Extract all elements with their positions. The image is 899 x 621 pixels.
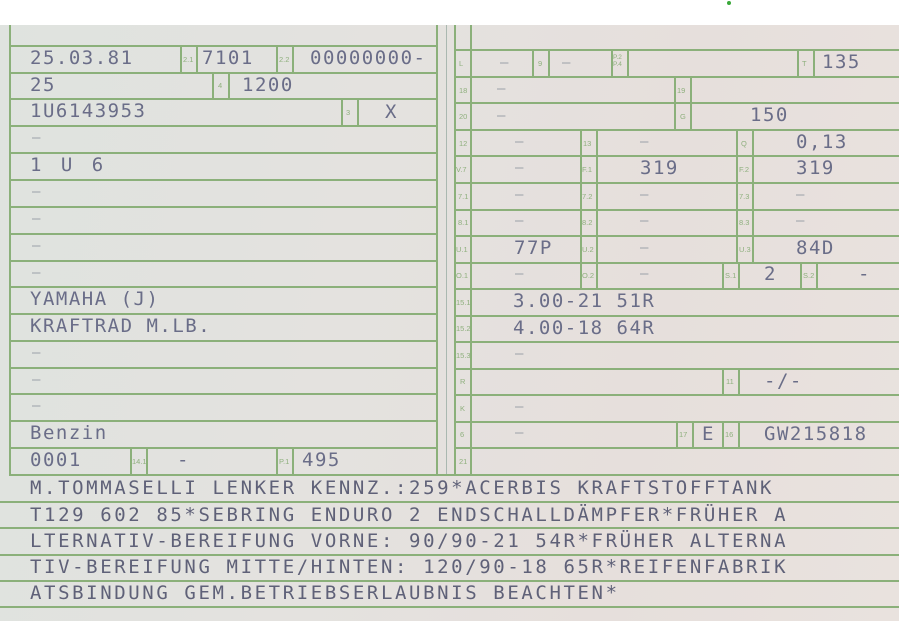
field-label-p-2-p-4: P.2 P.4: [613, 55, 622, 68]
field-label-r: R: [460, 378, 465, 386]
field-13-value: –: [640, 135, 650, 149]
field-label-13: 13: [583, 140, 591, 148]
left-row-4-value: –: [32, 131, 42, 145]
grid-line: [454, 182, 899, 184]
grid-line: [357, 98, 359, 126]
remarks-line-5: ATSBINDUNG GEM.BETRIEBSERLAUBNIS BEACHTE…: [30, 584, 620, 603]
field-3-check-digit: X: [385, 103, 398, 122]
field-label-o-1: O.1: [456, 272, 468, 280]
field-label-v-7: V.7: [456, 166, 467, 174]
field-label-19: 19: [677, 87, 685, 95]
field-20-value: –: [497, 109, 507, 123]
grid-line: [627, 49, 629, 77]
left-row-8-value: –: [32, 239, 42, 253]
left-row-2-value: 25: [30, 76, 56, 95]
grid-line: [532, 49, 534, 77]
grid-line: [9, 260, 438, 262]
field-label-20: 20: [459, 113, 467, 121]
grid-line: [212, 72, 214, 99]
left-row-13-value: –: [32, 373, 42, 387]
field-label-2-1: 2.1: [183, 56, 193, 64]
type-variant: 1 U 6: [30, 156, 107, 175]
field-label-7-1: 7.1: [458, 193, 468, 201]
field-4-value: 1200: [242, 76, 294, 95]
field-label-l: L: [459, 60, 463, 68]
seats-value: 2: [764, 265, 777, 284]
left-row-14-value: –: [32, 399, 42, 413]
field-17-value: E: [702, 425, 715, 444]
field-f-2-value: 319: [796, 159, 835, 178]
grid-line: [9, 233, 438, 235]
field-18-value: –: [497, 82, 507, 96]
displacement-value: 495: [302, 451, 341, 470]
field-o-1-value: –: [515, 267, 525, 281]
field-label-3: 3: [346, 109, 350, 117]
field-label-s-1: S.1: [725, 272, 736, 280]
grid-line: [738, 368, 740, 395]
grid-line: [9, 179, 438, 181]
field-label-9: 9: [538, 60, 542, 68]
field-8-2-value: –: [640, 214, 650, 228]
remarks-line-4: TIV-BEREIFUNG MITTE/HINTEN: 120/90-18 65…: [30, 558, 788, 577]
field-s-2-value: -: [858, 265, 871, 284]
grid-line: [454, 209, 899, 211]
field-label-t: T: [802, 60, 807, 68]
field-label-q: Q: [741, 140, 747, 148]
field-f-1-value: 319: [640, 159, 679, 178]
emission-code: 0001: [30, 451, 82, 470]
grid-line: [180, 45, 182, 73]
remarks-line-2: T129 602 85*SEBRING ENDURO 2 ENDSCHALLDÄ…: [30, 506, 788, 525]
field-label-g: G: [680, 113, 686, 121]
field-label-8-3: 8.3: [739, 219, 749, 227]
field-14-1-value: -: [177, 451, 190, 470]
grid-line: [0, 527, 899, 529]
grid-line: [816, 262, 818, 289]
grid-line: [292, 447, 294, 475]
field-label-15-1: 15.1: [456, 299, 471, 307]
field-8-3-value: –: [796, 214, 806, 228]
grid-line: [580, 129, 582, 289]
field-label-11: 11: [726, 378, 734, 386]
grid-line: [692, 421, 694, 448]
vehicle-class: KRAFTRAD M.LB.: [30, 317, 211, 336]
grid-line: [813, 49, 815, 77]
grid-line: [738, 262, 740, 289]
grid-line: [276, 447, 278, 475]
grid-line: [9, 72, 438, 74]
grid-line: [722, 368, 724, 395]
grid-line: [454, 102, 899, 104]
field-6-value: –: [515, 426, 525, 440]
field-label-2-2: 2.2: [279, 56, 289, 64]
field-o-2-value: –: [640, 267, 650, 281]
manufacturer-code: 7101: [202, 49, 254, 68]
manufacturer-name: YAMAHA (J): [30, 290, 159, 309]
field-label-u-2: U.2: [582, 246, 594, 254]
grid-line: [9, 340, 438, 342]
grid-line: [454, 76, 899, 78]
field-label-7-3: 7.3: [739, 193, 749, 201]
document-number: GW215818: [764, 425, 868, 444]
grid-line: [0, 606, 899, 608]
grid-line: [9, 125, 438, 127]
max-speed-value: 135: [822, 53, 861, 72]
grid-line: [690, 76, 692, 130]
grid-line: [454, 341, 899, 343]
field-7-2-value: –: [640, 188, 650, 202]
grid-line: [341, 98, 343, 126]
field-label-12: 12: [459, 140, 467, 148]
field-q-value: 0,13: [796, 133, 848, 152]
fuel-type: Benzin: [30, 424, 108, 443]
field-label-21: 21: [459, 458, 467, 466]
first-registration-date: 25.03.81: [30, 49, 134, 68]
registration-document: 2.1 2.2 25.03.81 7101 00000000- 4 25 120…: [0, 25, 899, 621]
grid-line: [436, 25, 438, 475]
field-label-o-2: O.2: [582, 272, 594, 280]
field-label-8-2: 8.2: [582, 219, 592, 227]
field-label-18: 18: [459, 87, 467, 95]
grid-line: [292, 45, 294, 73]
perforation-line: [446, 25, 447, 475]
field-label-15-2: 15.2: [456, 325, 471, 333]
grid-line: [752, 129, 754, 263]
grid-line: [454, 368, 899, 370]
left-row-9-value: –: [32, 266, 42, 280]
field-label-f-2: F.2: [739, 166, 749, 174]
field-label-17: 17: [679, 431, 687, 439]
field-label-14-1: 14.1: [132, 458, 147, 466]
grid-line: [738, 421, 740, 448]
grid-line: [9, 25, 11, 475]
field-u-1-value: 77P: [514, 239, 553, 258]
field-g-value: 150: [750, 106, 789, 125]
rear-tyre-size: 4.00-18 64R: [513, 319, 655, 338]
field-label-8-1: 8.1: [458, 219, 468, 227]
field-15-3-value: –: [515, 347, 525, 361]
field-label-s-2: S.2: [803, 272, 814, 280]
field-v-7-value: –: [515, 161, 525, 175]
field-7-3-value: –: [796, 188, 806, 202]
front-tyre-size: 3.00-21 51R: [513, 292, 655, 311]
field-9-value: –: [562, 56, 572, 70]
grid-line: [9, 393, 438, 395]
grid-line: [228, 72, 230, 99]
field-label-15-3: 15.3: [456, 352, 471, 360]
grid-line: [454, 262, 899, 264]
field-k-value: –: [515, 400, 525, 414]
grid-line: [0, 501, 899, 503]
remarks-line-3: LTERNATIV-BEREIFUNG VORNE: 90/90-21 54R*…: [30, 532, 788, 551]
field-label-7-2: 7.2: [582, 193, 592, 201]
grid-line: [676, 421, 678, 448]
field-label-f-1: F.1: [582, 166, 592, 174]
field-u-3-value: 84D: [796, 239, 835, 258]
field-7-1-value: –: [515, 188, 525, 202]
grid-line: [722, 262, 724, 289]
field-11-value: -/-: [764, 372, 803, 391]
grid-line: [722, 421, 724, 448]
field-label-16: 16: [725, 431, 733, 439]
grid-line: [596, 129, 598, 289]
field-8-1-value: –: [515, 214, 525, 228]
grid-line: [674, 76, 676, 130]
grid-line: [9, 367, 438, 369]
grid-line: [9, 206, 438, 208]
grid-line: [9, 474, 899, 476]
field-12-value: –: [515, 135, 525, 149]
grid-line: [276, 45, 278, 73]
left-row-7-value: –: [32, 212, 42, 226]
grid-line: [548, 49, 550, 77]
grid-line: [736, 129, 738, 263]
field-label-4: 4: [218, 82, 222, 90]
field-l-value: –: [500, 56, 510, 70]
field-label-6: 6: [460, 431, 464, 439]
remarks-line-1: M.TOMMASELLI LENKER KENNZ.:259*ACERBIS K…: [30, 479, 774, 498]
field-label-u-1: U.1: [456, 246, 468, 254]
left-row-6-value: –: [32, 185, 42, 199]
field-u-2-value: –: [640, 241, 650, 255]
type-code: 00000000-: [310, 49, 426, 68]
field-label-k: K: [460, 405, 465, 413]
grid-line: [470, 25, 472, 475]
field-label-u-3: U.3: [739, 246, 751, 254]
left-row-12-value: –: [32, 346, 42, 360]
grid-line: [800, 262, 802, 289]
green-dot-mark: [727, 1, 731, 5]
grid-line: [196, 45, 198, 73]
grid-line: [797, 49, 799, 77]
vehicle-identification-number: 1U6143953: [30, 102, 146, 121]
field-label-p-1: P.1: [279, 458, 289, 466]
grid-line: [454, 394, 899, 396]
